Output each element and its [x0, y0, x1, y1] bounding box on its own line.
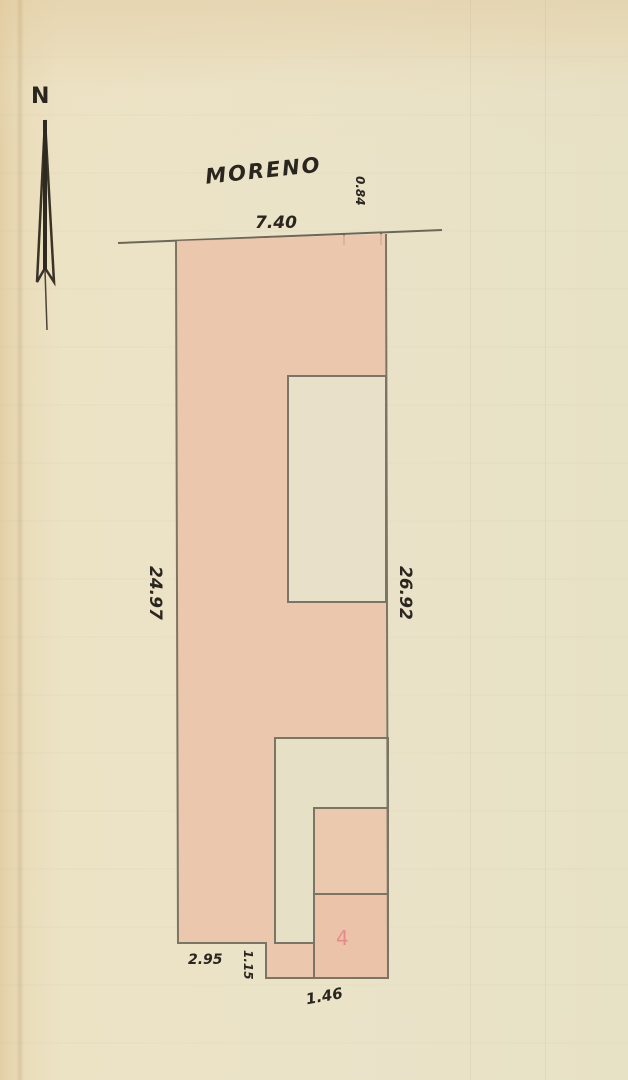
lot-plan-drawing: N MORENO 7.40 0.84 4 24.97 26.92 2.95 1.… — [0, 0, 628, 1080]
rear-left-dimension-label: 2.95 — [188, 952, 223, 968]
room-rear-2 — [314, 894, 388, 978]
red-annotation-mark: 4 — [336, 926, 349, 950]
rear-step-dimension-label: 1.15 — [241, 950, 255, 980]
street-name-label: MORENO — [204, 153, 323, 189]
north-arrow-icon: N — [31, 84, 54, 330]
building-block-upper — [288, 376, 386, 602]
front-offset-dimension-label: 0.84 — [353, 176, 367, 206]
rear-right-dimension-label: 1.46 — [304, 984, 344, 1008]
north-label: N — [31, 84, 49, 109]
left-side-dimension-label: 24.97 — [145, 566, 165, 620]
right-side-dimension-label: 26.92 — [395, 566, 415, 620]
room-rear-1 — [314, 808, 388, 894]
frontage-dimension-label: 7.40 — [255, 213, 297, 233]
